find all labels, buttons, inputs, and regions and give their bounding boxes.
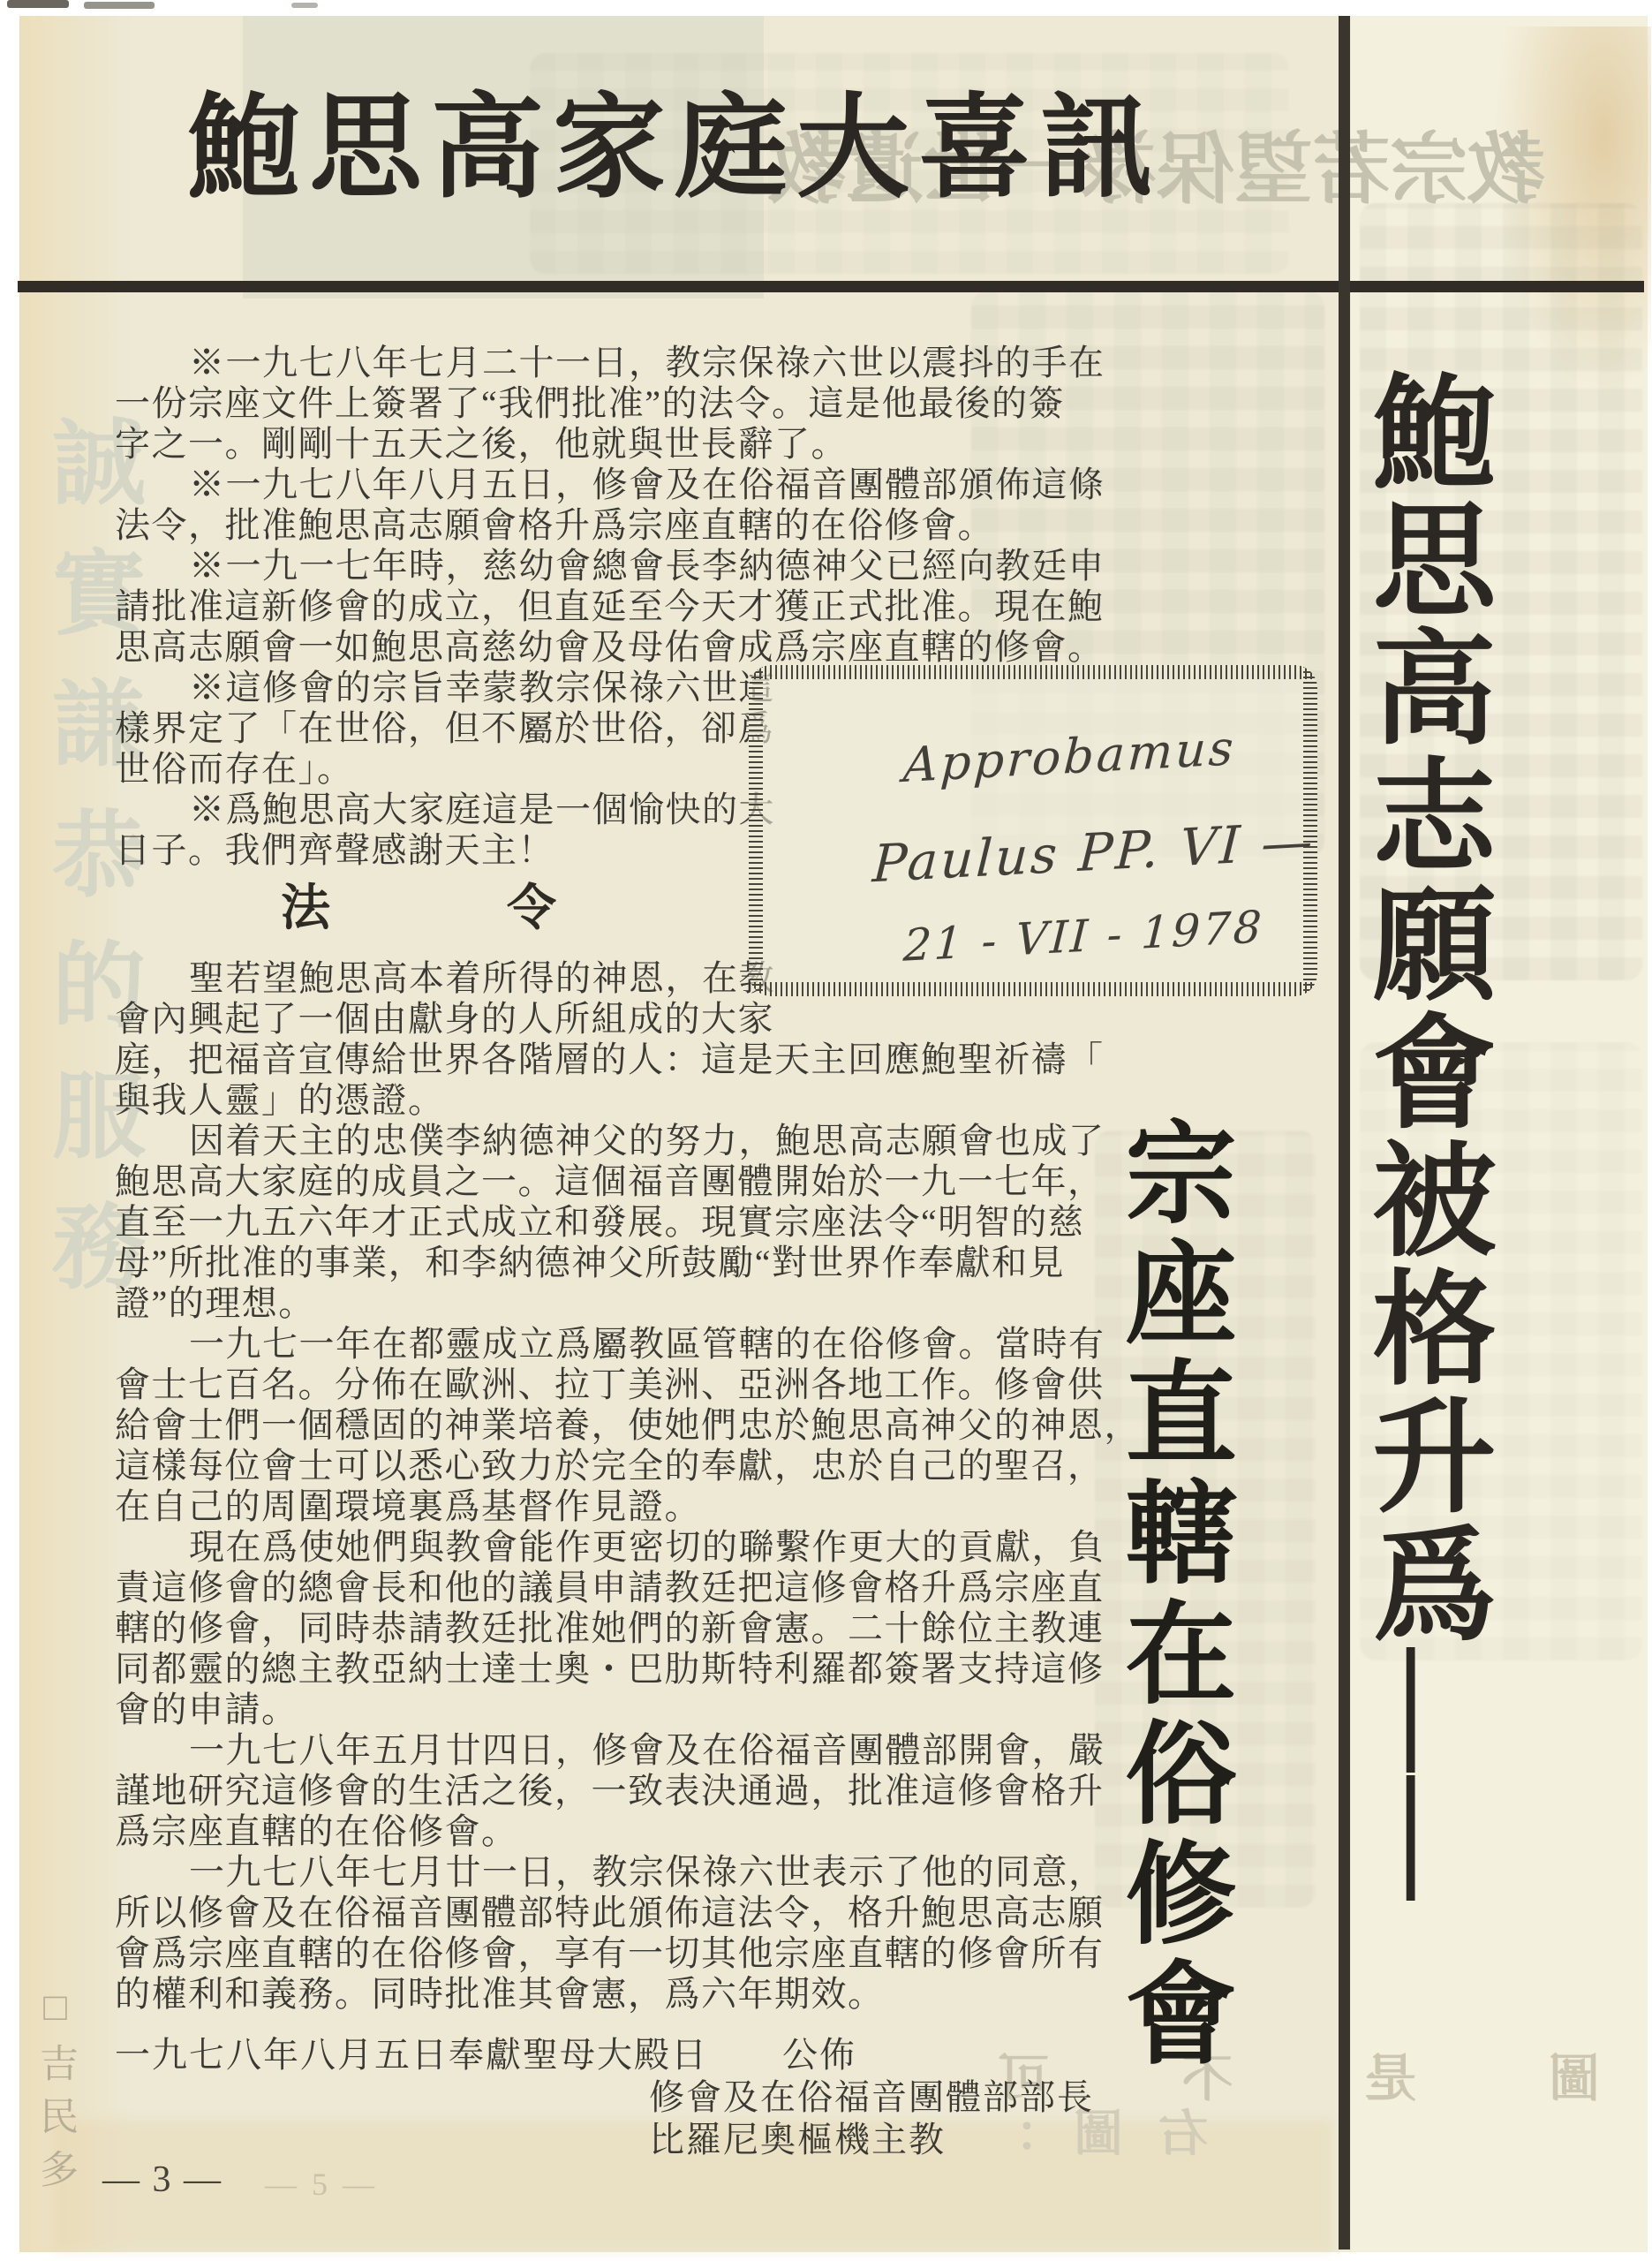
- horizontal-rule: [18, 281, 1644, 292]
- scanned-newsletter-page: 教宗若望保祿一世遺教 誠實謙恭的服務 圖是不可 右圖： — 5 — □吉民多 鮑…: [0, 0, 1652, 2261]
- stitched-border-top: [749, 665, 1317, 679]
- scan-smudge: [291, 3, 318, 8]
- body-line: ※一九七八年八月五日，修會及在俗福音團體部頒佈這條: [189, 465, 1105, 505]
- body-line: 因着天主的忠僕李納德神父的努力，鮑思高志願會也成了: [189, 1121, 1105, 1161]
- body-line: 日子。我們齊聲感謝天主！: [115, 830, 554, 871]
- stitched-border-bottom: [749, 982, 1317, 996]
- body-line: 證”的理想。: [115, 1283, 315, 1324]
- body-line: ※爲鮑思高大家庭這是一個愉快的大: [189, 790, 775, 830]
- body-line: 轄的修會，同時恭請教廷批准她們的新會憲。二十餘位主教連: [115, 1608, 1105, 1649]
- scan-smudge: [84, 2, 155, 9]
- body-line: 直至一九五六年才正式成立和發展。現實宗座法令“明智的慈: [115, 1202, 1084, 1243]
- body-line: 會的申請。: [115, 1690, 298, 1730]
- signature-date: 21 - VII - 1978: [902, 901, 1265, 972]
- body-line: 所以修會及在俗福音團體部特此頒佈這法令，格升鮑思高志願: [115, 1893, 1105, 1933]
- footer-signer-name: 比羅尼奧樞機主教: [649, 2112, 946, 2162]
- body-line: ※一九一七年時，慈幼會總會長李納德神父已經向教廷申: [189, 546, 1105, 586]
- body-line: 一份宗座文件上簽署了“我們批准”的法令。這是他最後的簽: [115, 383, 1065, 424]
- body-line: 與我人靈」的憑證。: [115, 1080, 445, 1121]
- body-line: 思高志願會一如鮑思高慈幼會及母佑會成爲宗座直轄的修會。: [115, 627, 1105, 668]
- body-line: 一九七八年七月廿一日，教宗保祿六世表示了他的同意，: [189, 1852, 1105, 1893]
- body-line: 責這修會的總會長和他的議員申請教廷把這修會格升爲宗座直: [115, 1568, 1105, 1608]
- vertical-column-rule: [1339, 16, 1350, 2250]
- body-line: 在自己的周圍環境裏爲基督作見證。: [115, 1486, 701, 1527]
- body-line: ※這修會的宗旨幸蒙教宗保祿六世這: [189, 668, 775, 708]
- decree-heading: 法 令: [115, 869, 786, 940]
- body-line: 母”所批准的事業，和李納德神父所鼓勵“對世界作奉獻和見: [115, 1243, 1065, 1283]
- body-line: 給會士們一個穩固的神業培養，使她們忠於鮑思高神父的神恩，: [115, 1405, 1141, 1446]
- body-line: 現在爲使她們與教會能作更密切的聯繫作更大的貢獻，負: [189, 1527, 1105, 1568]
- stitched-border-left: [749, 665, 763, 996]
- body-line: 同都靈的總主教亞納士達士奧・巴肋斯特利羅都簽署支持這修: [115, 1649, 1105, 1690]
- body-line: 會爲宗座直轄的在俗修會，享有一切其他宗座直轄的修會所有: [115, 1933, 1105, 1974]
- page-title: 鮑思高家庭大喜訊: [187, 81, 1162, 217]
- body-line: 法令，批准鮑思高志願會格升爲宗座直轄的在俗修會。: [115, 505, 994, 546]
- body-line: 字之一。剛剛十五天之後，他就與世長辭了。: [115, 424, 848, 465]
- body-line: 爲宗座直轄的在俗修會。: [115, 1811, 518, 1852]
- body-line: 聖若望鮑思高本着所得的神恩，在教: [189, 958, 775, 999]
- body-line: 樣界定了「在世俗，但不屬於世俗，卻爲: [115, 708, 774, 749]
- body-line: 會士七百名。分佈在歐洲、拉丁美洲、亞洲各地工作。修會供: [115, 1365, 1105, 1405]
- signature-word-approbamus: Approbamus: [902, 720, 1238, 793]
- body-line: 一九七一年在都靈成立爲屬教區管轄的在俗修會。當時有: [189, 1324, 1105, 1365]
- body-line: 鮑思高大家庭的成員之一。這個福音團體開始於一九一七年，: [115, 1161, 1105, 1202]
- page-number: — 3 —: [102, 2159, 223, 2201]
- body-line: ※一九七八年七月二十一日，教宗保祿六世以震抖的手在: [189, 343, 1105, 383]
- body-line: 請批准這新修會的成立，但直延至今天才獲正式批准。現在鮑: [115, 586, 1105, 627]
- body-line: 庭，把福音宣傳給世界各階層的人：這是天主回應鮑聖祈禱「: [115, 1040, 1105, 1080]
- vertical-headline-secondary: 宗座直轄在俗修會: [1116, 1115, 1227, 2076]
- body-line: 世俗而存在」。: [115, 749, 354, 790]
- body-line: 會內興起了一個由獻身的人所組成的大家: [115, 999, 774, 1040]
- scan-smudge: [7, 0, 69, 8]
- body-line: 這樣每位會士可以悉心致力於完全的奉獻，忠於自己的聖召，: [115, 1446, 1105, 1486]
- signature-name-paulus: Paulus PP. VI —: [871, 811, 1317, 895]
- signature-box: Approbamus Paulus PP. VI — 21 - VII - 19…: [749, 665, 1317, 996]
- body-line: 謹地研究這修會的生活之後，一致表決通過，批准這修會格升: [115, 1771, 1105, 1811]
- body-line: 一九七八年五月廿四日，修會及在俗福音團體部開會，嚴: [189, 1730, 1105, 1771]
- body-line: 的權利和義務。同時批准其會憲，爲六年期效。: [115, 1974, 885, 2015]
- vertical-headline-primary: 鮑思高志願會被格升爲——: [1361, 367, 1484, 1904]
